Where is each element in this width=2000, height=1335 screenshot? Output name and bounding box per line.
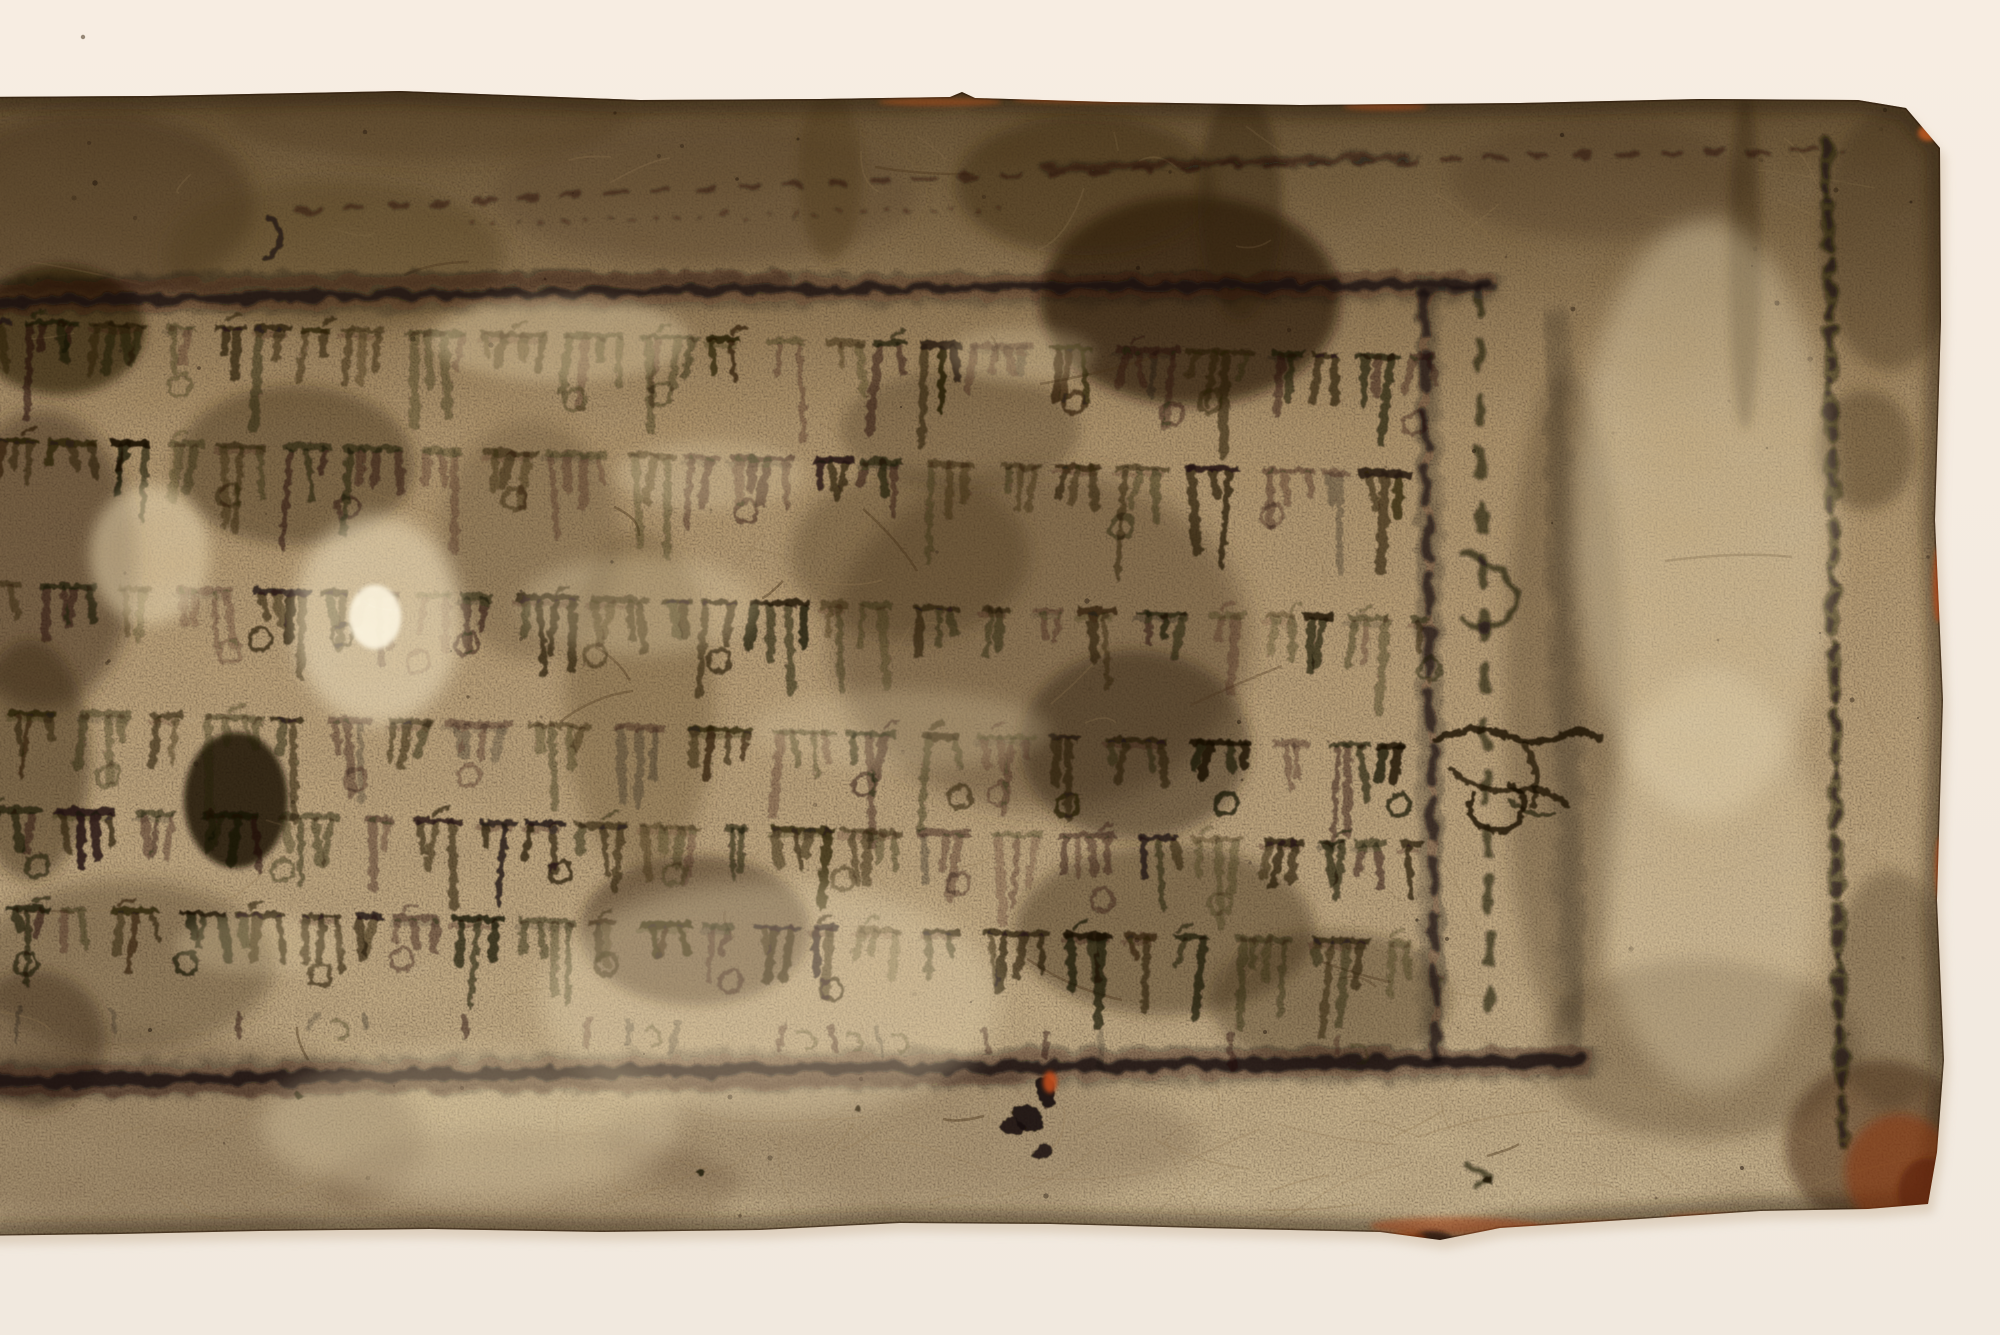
- manuscript-photo-canvas: [0, 0, 2000, 1335]
- bright-patch: [430, 298, 690, 382]
- bright-patch: [520, 555, 760, 655]
- bright-patch: [615, 440, 805, 510]
- stain: [798, 90, 862, 260]
- bright-patch: [90, 485, 210, 625]
- bright-patch: [175, 915, 345, 975]
- bright-patch: [260, 1050, 680, 1200]
- bright-patch: [945, 327, 1095, 383]
- red-pigment: [1043, 1071, 1057, 1093]
- red-pigment: [878, 98, 1002, 106]
- red-pigment: [1343, 104, 1427, 111]
- ink-blot: [1483, 1176, 1493, 1184]
- ink-blot: [696, 1169, 704, 1176]
- manuscript-photograph: [0, 0, 2000, 1335]
- bright-patch: [292, 515, 462, 725]
- smudge-column: [1556, 320, 1574, 1044]
- bright-patch: [750, 690, 1050, 770]
- backdrop-speck: [81, 35, 85, 39]
- leaf-surface: [0, 80, 2000, 1261]
- inner-corner-join: [1420, 287, 1496, 292]
- stain: [955, 115, 1215, 255]
- bright-patch: [1600, 670, 1820, 1090]
